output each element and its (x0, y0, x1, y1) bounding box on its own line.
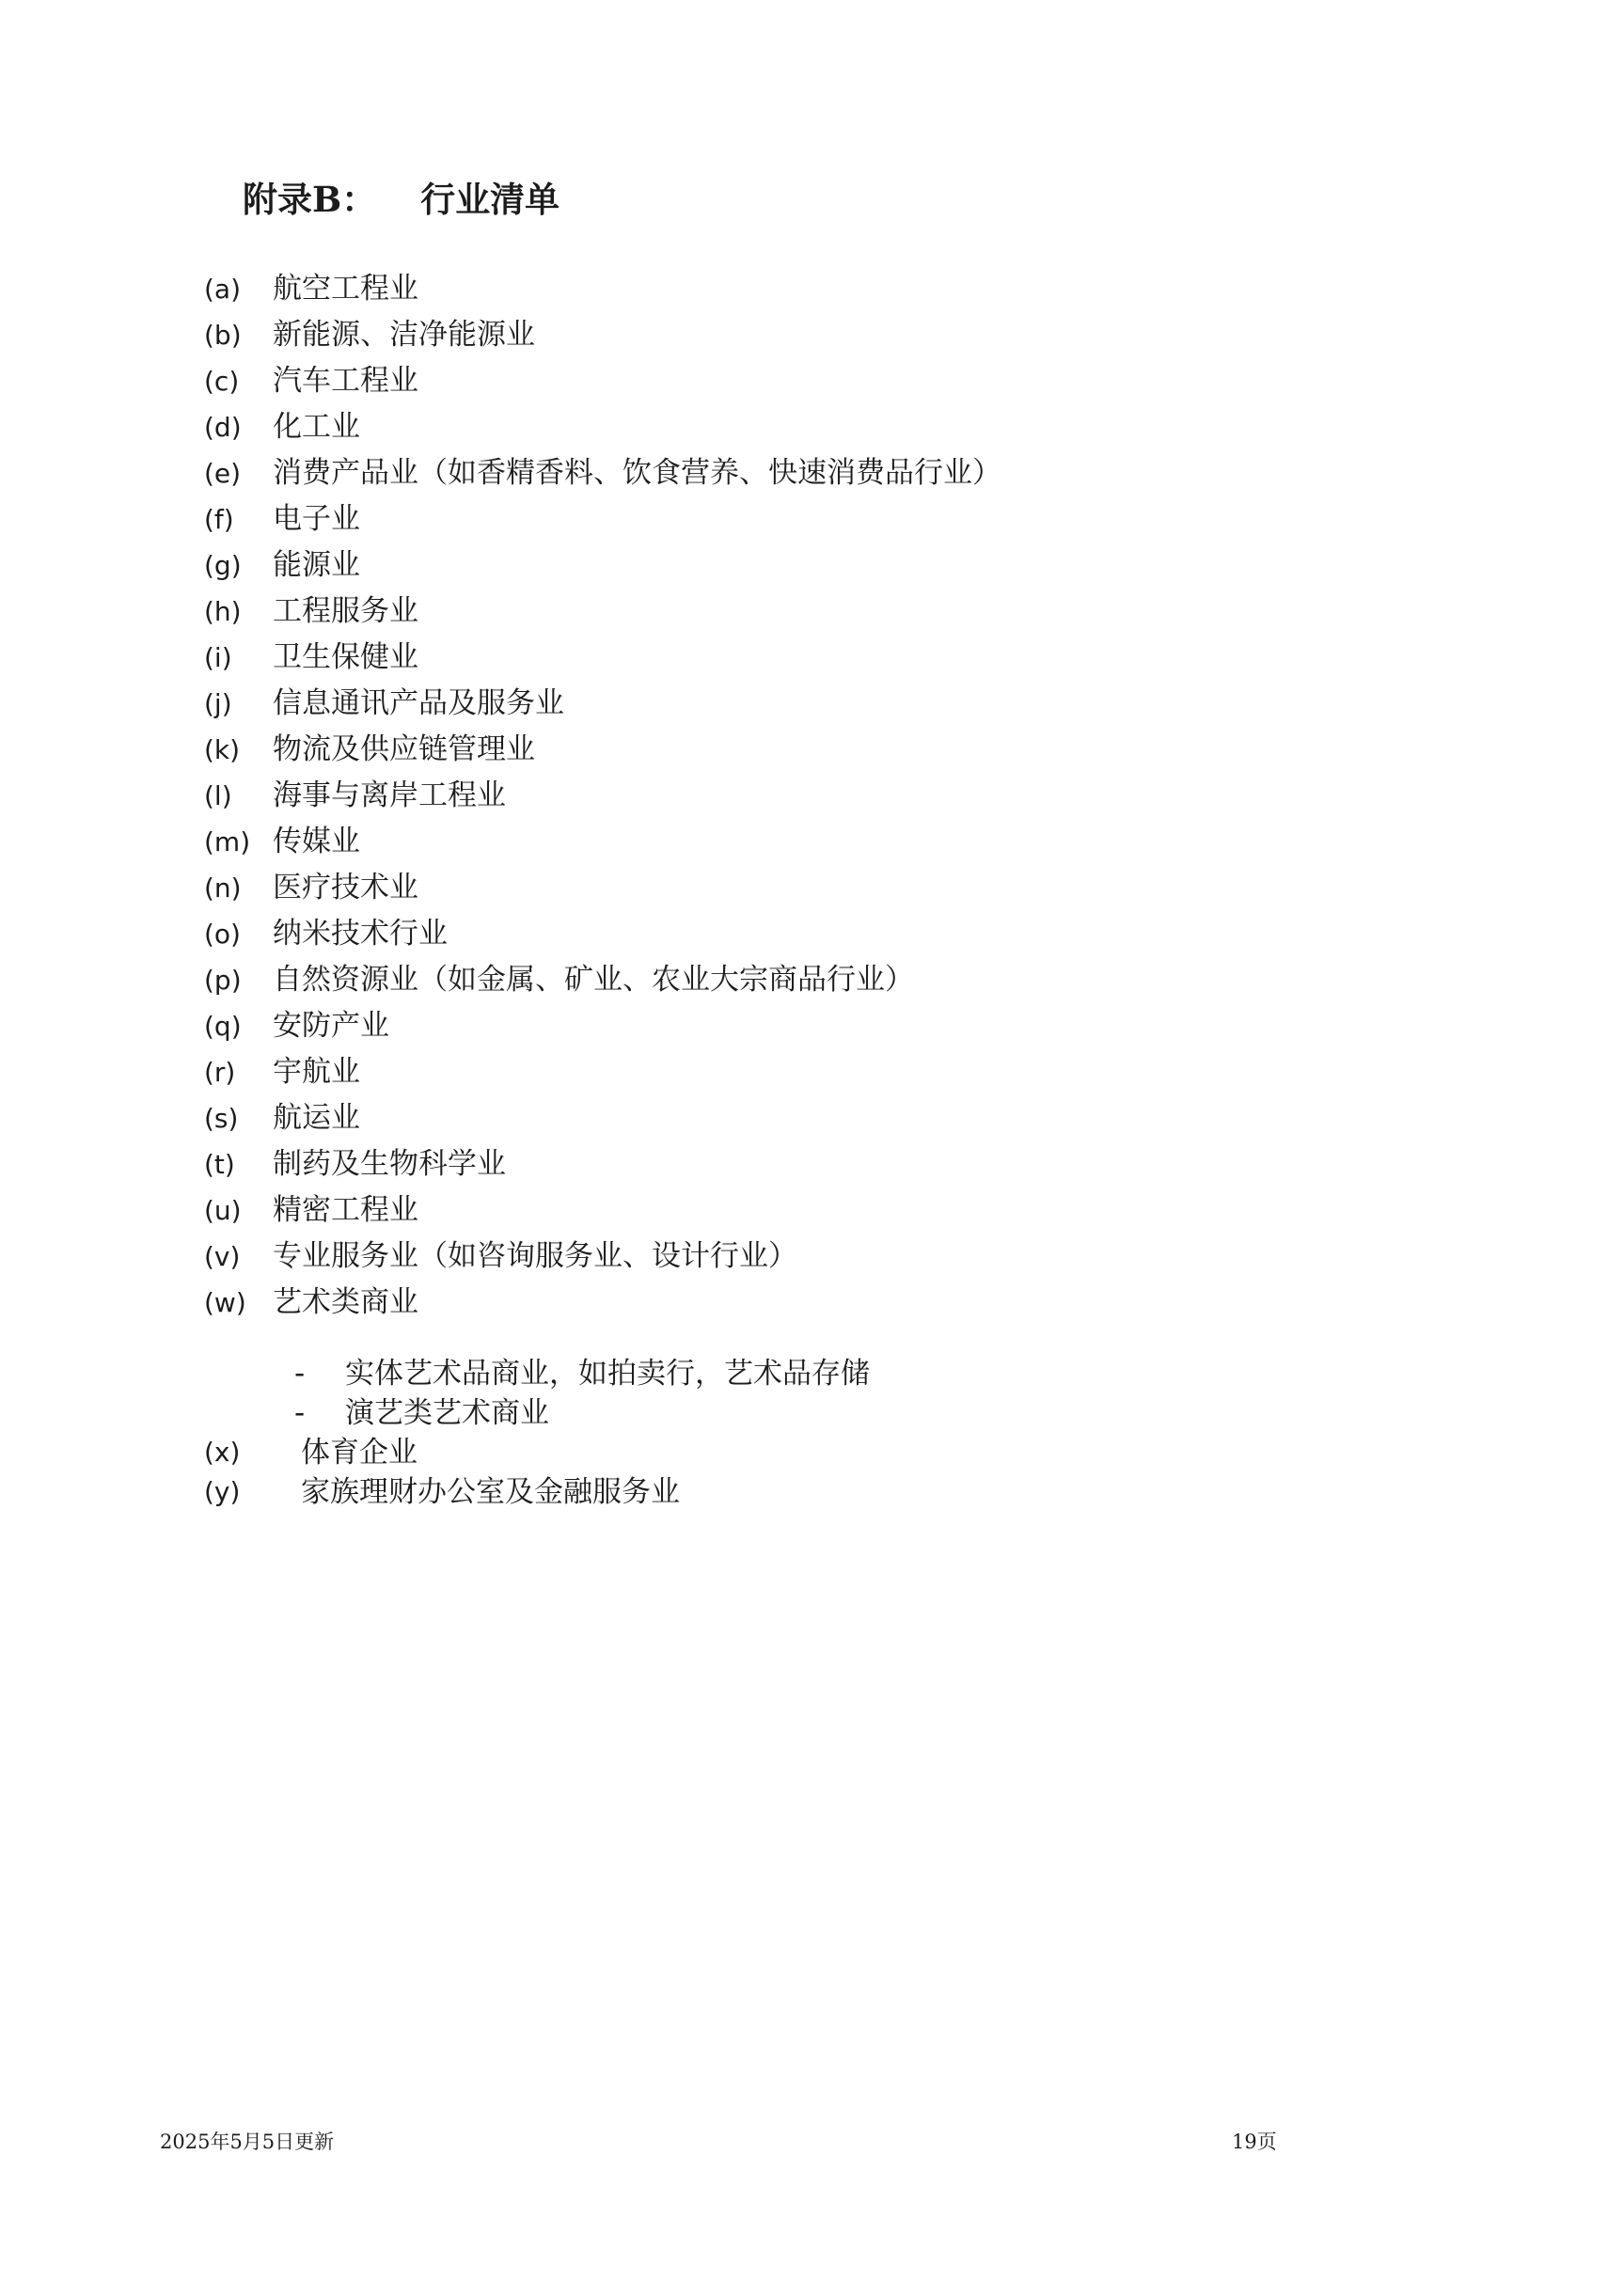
list-item-label: (b) (204, 312, 273, 358)
list-item-text: 汽车工程业 (273, 358, 1483, 404)
list-item-u: (u)精密工程业 (204, 1187, 1483, 1234)
list-item-c: (c)汽车工程业 (204, 358, 1483, 404)
list-item-text: 专业服务业（如咨询服务业、设计行业） (273, 1234, 1483, 1280)
list-item-q: (q)安防产业 (204, 1003, 1483, 1049)
sub-list-item-text: 实体艺术品商业，如拍卖行，艺术品存储 (345, 1354, 870, 1393)
list-item-text: 航运业 (273, 1095, 1483, 1141)
list-item-b: (b)新能源、洁净能源业 (204, 312, 1483, 358)
list-item-i: (i)卫生保健业 (204, 635, 1483, 681)
list-item-text: 纳米技术行业 (273, 911, 1483, 957)
list-item-label: (h) (204, 589, 273, 635)
list-item-label: (r) (204, 1049, 273, 1095)
list-item-label: (i) (204, 635, 273, 681)
list-item-text: 家族理财办公室及金融服务业 (301, 1472, 1483, 1512)
list-item-label: (v) (204, 1234, 273, 1280)
list-item-l: (l)海事与离岸工程业 (204, 773, 1483, 819)
list-item-d: (d)化工业 (204, 404, 1483, 450)
list-item-label: (w) (204, 1280, 273, 1326)
list-item-text: 传媒业 (273, 819, 1483, 865)
industry-list: (a)航空工程业 (b)新能源、洁净能源业 (c)汽车工程业 (d)化工业 (e… (204, 266, 1483, 1512)
list-item-label: (n) (204, 865, 273, 911)
list-item-label: (u) (204, 1187, 273, 1234)
list-item-text: 消费产品业（如香精香料、饮食营养、快速消费品行业） (273, 450, 1483, 496)
list-item-s: (s)航运业 (204, 1095, 1483, 1141)
list-item-t: (t)制药及生物科学业 (204, 1141, 1483, 1187)
list-item-a: (a)航空工程业 (204, 266, 1483, 312)
sub-list-item-1: -实体艺术品商业，如拍卖行，艺术品存储 (204, 1354, 1483, 1393)
list-item-label: (f) (204, 496, 273, 543)
dash-bullet: - (294, 1354, 345, 1393)
list-item-label: (e) (204, 450, 273, 496)
sub-list-item-text: 演艺类艺术商业 (345, 1393, 549, 1433)
footer-page-number: 19页 (1232, 2127, 1277, 2155)
list-item-text: 信息通讯产品及服务业 (273, 681, 1483, 727)
list-item-text: 安防产业 (273, 1003, 1483, 1049)
list-item-f: (f)电子业 (204, 496, 1483, 543)
list-item-text: 卫生保健业 (273, 635, 1483, 681)
list-item-label: (g) (204, 543, 273, 589)
title-text: 行业清单 (420, 179, 559, 220)
title-appendix-label: 附录B： (243, 179, 376, 220)
list-item-text: 艺术类商业 (273, 1280, 1483, 1326)
dash-bullet: - (294, 1393, 345, 1433)
list-item-text: 宇航业 (273, 1049, 1483, 1095)
list-item-text: 航空工程业 (273, 266, 1483, 312)
list-item-label: (s) (204, 1095, 273, 1141)
list-item-text: 精密工程业 (273, 1187, 1483, 1234)
list-item-text: 工程服务业 (273, 589, 1483, 635)
list-item-g: (g)能源业 (204, 543, 1483, 589)
list-item-label: (t) (204, 1141, 273, 1187)
page-title: 附录B： 行业清单 (243, 171, 559, 222)
list-item-label: (p) (204, 957, 273, 1003)
list-item-p: (p)自然资源业（如金属、矿业、农业大宗商品行业） (204, 957, 1483, 1003)
list-item-j: (j)信息通讯产品及服务业 (204, 681, 1483, 727)
list-item-h: (h)工程服务业 (204, 589, 1483, 635)
list-item-label: (y) (204, 1472, 301, 1512)
list-item-y: (y)家族理财办公室及金融服务业 (204, 1472, 1483, 1512)
list-item-label: (l) (204, 773, 273, 819)
list-item-text: 自然资源业（如金属、矿业、农业大宗商品行业） (273, 957, 1483, 1003)
list-item-label: (d) (204, 404, 273, 450)
footer-updated-date: 2025年5月5日更新 (160, 2127, 334, 2155)
list-item-text: 能源业 (273, 543, 1483, 589)
list-item-text: 海事与离岸工程业 (273, 773, 1483, 819)
list-item-label: (o) (204, 911, 273, 957)
list-item-label: (a) (204, 266, 273, 312)
document-page: 附录B： 行业清单 (a)航空工程业 (b)新能源、洁净能源业 (c)汽车工程业… (0, 0, 1623, 2296)
list-item-text: 新能源、洁净能源业 (273, 312, 1483, 358)
list-item-x: (x)体育企业 (204, 1433, 1483, 1472)
list-item-text: 化工业 (273, 404, 1483, 450)
list-item-label: (k) (204, 727, 273, 773)
sub-list-item-2: -演艺类艺术商业 (204, 1393, 1483, 1433)
list-item-v: (v)专业服务业（如咨询服务业、设计行业） (204, 1234, 1483, 1280)
list-item-e: (e)消费产品业（如香精香料、饮食营养、快速消费品行业） (204, 450, 1483, 496)
list-item-r: (r)宇航业 (204, 1049, 1483, 1095)
list-item-text: 电子业 (273, 496, 1483, 543)
list-item-n: (n)医疗技术业 (204, 865, 1483, 911)
list-item-text: 制药及生物科学业 (273, 1141, 1483, 1187)
list-item-m: (m)传媒业 (204, 819, 1483, 865)
list-item-text: 医疗技术业 (273, 865, 1483, 911)
list-item-label: (q) (204, 1003, 273, 1049)
list-item-label: (x) (204, 1433, 301, 1472)
list-item-k: (k)物流及供应链管理业 (204, 727, 1483, 773)
list-item-label: (c) (204, 358, 273, 404)
list-item-text: 物流及供应链管理业 (273, 727, 1483, 773)
list-item-label: (m) (204, 819, 273, 865)
list-item-o: (o)纳米技术行业 (204, 911, 1483, 957)
list-item-label: (j) (204, 681, 273, 727)
list-item-text: 体育企业 (301, 1433, 1483, 1472)
list-item-w: (w)艺术类商业 (204, 1280, 1483, 1326)
